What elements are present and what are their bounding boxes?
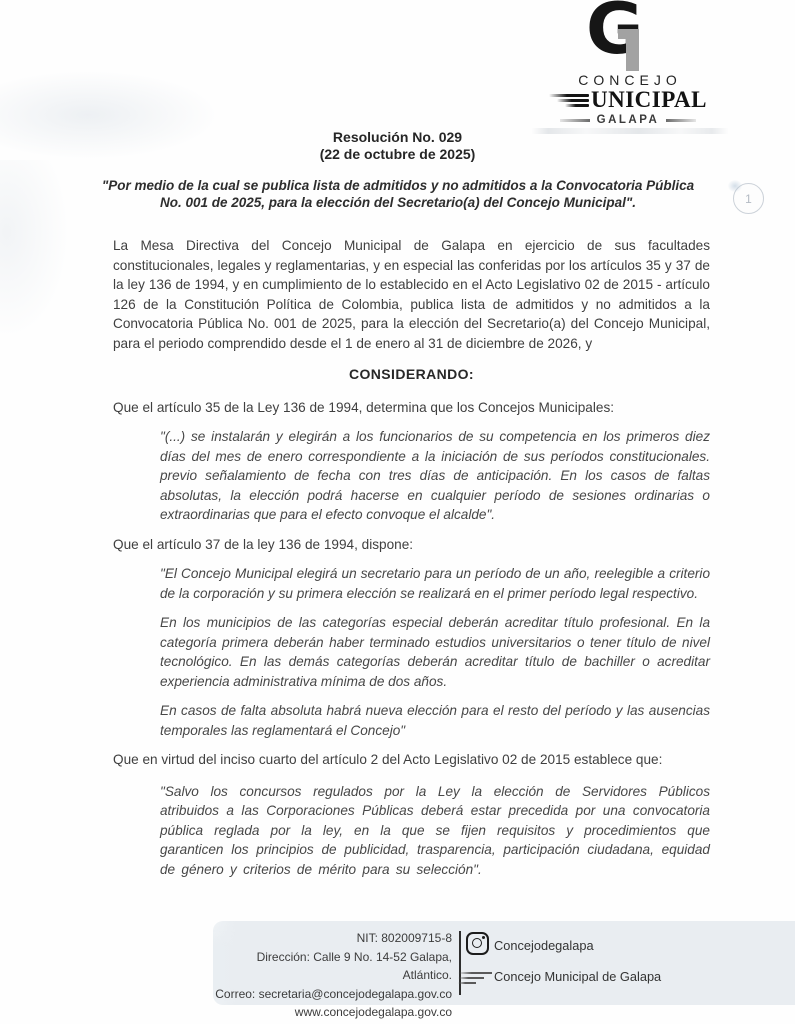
instagram-lens: [472, 938, 482, 948]
logo-word-concejo: CONCEJO: [523, 72, 733, 88]
resolution-date: (22 de octubre de 2025): [0, 146, 795, 163]
paragraph-articulo-37: Que el artículo 37 de la ley 136 de 1994…: [113, 535, 710, 555]
speed-lines-logo-icon: [458, 972, 492, 987]
logo-monogram: G: [568, 6, 688, 68]
footer-nit: NIT: 802009715-8: [215, 929, 452, 948]
logo-word-galapa-text: GALAPA: [597, 114, 660, 126]
logo-word-galapa: GALAPA: [523, 114, 733, 126]
footer-contact-block: NIT: 802009715-8 Dirección: Calle 9 No. …: [215, 929, 452, 1022]
document-page: G CONCEJO UNICIPAL GALAPA Resolución No.…: [0, 0, 795, 1024]
intro-paragraph: La Mesa Directiva del Concejo Municipal …: [113, 236, 710, 353]
page-number-bubble: 1: [733, 183, 764, 214]
resolution-number: Resolución No. 029: [0, 129, 795, 146]
monogram-numeral-one-flag: [618, 29, 627, 39]
concejo-municipal-logo: G CONCEJO UNICIPAL GALAPA: [523, 6, 733, 134]
instagram-dot: [482, 936, 485, 939]
speed-lines-m-icon: [549, 94, 589, 107]
page-number: 1: [745, 192, 752, 206]
logo-word-municipal-text: UNICIPAL: [591, 88, 707, 111]
quote-articulo-35: "(...) se instalarán y elegirán a los fu…: [160, 427, 710, 525]
instagram-handle: Concejodegalapa: [494, 938, 594, 953]
footer-website: www.concejodegalapa.gov.co: [215, 1003, 452, 1022]
footer-address: Dirección: Calle 9 No. 14-52 Galapa, Atl…: [215, 948, 452, 985]
social-account-name: Concejo Municipal de Galapa: [494, 969, 661, 984]
document-body: La Mesa Directiva del Concejo Municipal …: [113, 236, 710, 889]
considerando-heading: CONSIDERANDO:: [113, 365, 710, 385]
logo-word-municipal: UNICIPAL: [523, 88, 733, 111]
quote-articulo-37-p2: En los municipios de las categorías espe…: [160, 613, 710, 691]
quote-acto-legislativo: "Salvo los concursos regulados por la Le…: [160, 782, 710, 880]
instagram-icon: [466, 932, 489, 955]
rule-line: [666, 119, 696, 122]
quote-articulo-37-p3: En casos de falta absoluta habrá nueva e…: [160, 701, 710, 740]
footer-email: Correo: secretaria@concejodegalapa.gov.c…: [215, 985, 452, 1004]
resolution-subject: "Por medio de la cual se publica lista d…: [98, 177, 698, 211]
document-title: Resolución No. 029 (22 de octubre de 202…: [0, 129, 795, 163]
quote-articulo-37-p1: "El Concejo Municipal elegirá un secreta…: [160, 564, 710, 603]
paragraph-articulo-35: Que el artículo 35 de la Ley 136 de 1994…: [113, 398, 710, 418]
monogram-numeral-one-icon: [626, 29, 639, 71]
scan-smudge: [0, 160, 70, 340]
rule-line: [560, 119, 590, 122]
paragraph-acto-legislativo: Que en virtud del inciso cuarto del artí…: [113, 750, 710, 770]
